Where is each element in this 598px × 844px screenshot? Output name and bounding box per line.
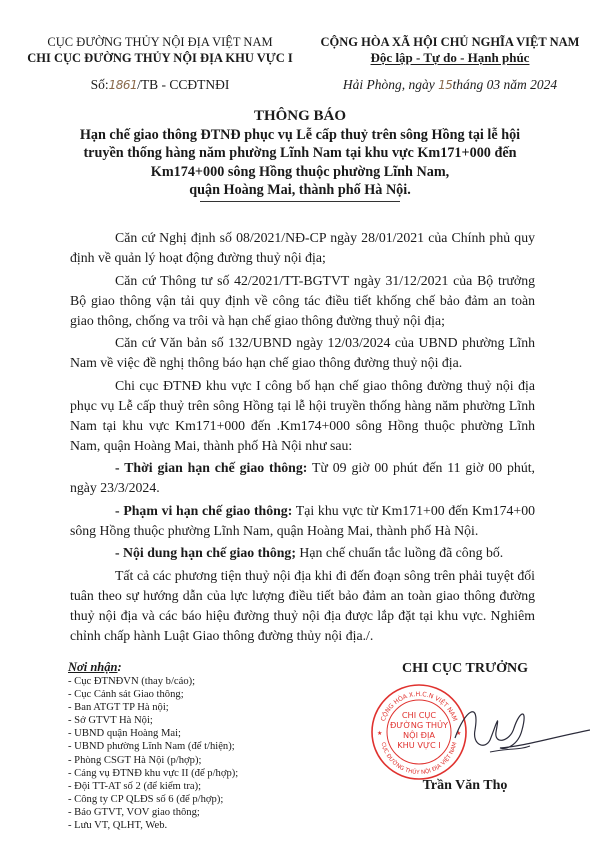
country-name: CỘNG HÒA XÃ HỘI CHỦ NGHĨA VIỆT NAM bbox=[305, 34, 595, 50]
handwritten-number: 1861 bbox=[109, 78, 138, 92]
place-prefix: Hải Phòng, ngày bbox=[343, 77, 435, 92]
document-number: Số:1861/TB - CCĐTNĐI bbox=[10, 76, 310, 94]
restriction-time: - Thời gian hạn chế giao thông: Từ 09 gi… bbox=[70, 458, 535, 498]
recipients-heading: Nơi nhận: bbox=[68, 660, 238, 675]
subject-line: Km174+000 sông Hồng thuộc phường Lĩnh Na… bbox=[40, 163, 560, 181]
recipient-item: - Ban ATGT TP Hà nội; bbox=[68, 701, 238, 714]
body-paragraph: Chi cục ĐTNĐ khu vực I công bố hạn chế g… bbox=[70, 376, 535, 456]
recipient-item: - Phòng CSGT Hà Nội (p/hợp); bbox=[68, 754, 238, 767]
notice-title: THÔNG BÁO Hạn chế giao thông ĐTNĐ phục v… bbox=[40, 107, 560, 202]
handwritten-day: 15 bbox=[438, 78, 452, 92]
issuing-agency-header: CỤC ĐƯỜNG THỦY NỘI ĐỊA VIỆT NAM CHI CỤC … bbox=[10, 34, 310, 94]
body-paragraph: Căn cứ Văn bản số 132/UBND ngày 12/03/20… bbox=[70, 333, 535, 373]
subject-line: Hạn chế giao thông ĐTNĐ phục vụ Lễ cấp t… bbox=[40, 126, 560, 144]
place-date: Hải Phòng, ngày 15tháng 03 năm 2024 bbox=[305, 76, 595, 94]
item-label: - Phạm vi hạn chế giao thông: bbox=[115, 503, 292, 518]
signature-block: CHI CỤC TRƯỞNG CỘNG HÒA X.H.C.N VIỆT NAM… bbox=[375, 660, 555, 678]
recipient-item: - Cục ĐTNĐVN (thay b/cáo); bbox=[68, 675, 238, 688]
signer-name: Trần Văn Thọ bbox=[375, 777, 555, 795]
parent-agency: CỤC ĐƯỜNG THỦY NỘI ĐỊA VIỆT NAM bbox=[10, 34, 310, 50]
notice-body: Căn cứ Nghị định số 08/2021/NĐ-CP ngày 2… bbox=[70, 228, 535, 648]
issuing-agency: CHI CỤC ĐƯỜNG THỦY NỘI ĐỊA KHU VỰC I bbox=[10, 50, 310, 66]
place-suffix: tháng 03 năm 2024 bbox=[452, 77, 557, 92]
recipient-item: - Cục Cảnh sát Giao thông; bbox=[68, 688, 238, 701]
recipient-item: - Báo GTVT, VOV giao thông; bbox=[68, 806, 238, 819]
recipients-heading-text: Nơi nhận bbox=[68, 660, 117, 674]
handwritten-signature-icon bbox=[430, 690, 590, 770]
signer-role: CHI CỤC TRƯỞNG bbox=[375, 660, 555, 678]
number-suffix: /TB - CCĐTNĐI bbox=[137, 77, 229, 92]
title-divider bbox=[200, 201, 400, 202]
national-motto: Độc lập - Tự do - Hạnh phúc bbox=[305, 50, 595, 66]
number-prefix: Số: bbox=[91, 77, 109, 92]
svg-text:★: ★ bbox=[377, 730, 382, 737]
item-label: - Nội dung hạn chế giao thông; bbox=[115, 545, 296, 560]
restriction-content: - Nội dung hạn chế giao thông; Hạn chế c… bbox=[70, 543, 535, 563]
recipient-item: - Sở GTVT Hà Nội; bbox=[68, 714, 238, 727]
body-paragraph: Căn cứ Thông tư số 42/2021/TT-BGTVT ngày… bbox=[70, 271, 535, 331]
item-text: Hạn chế chuẩn tắc luồng đã công bố. bbox=[296, 545, 503, 560]
notice-heading: THÔNG BÁO bbox=[40, 107, 560, 126]
issuing-agency-name: CHI CỤC ĐƯỜNG THỦY NỘI ĐỊA KHU VỰC I bbox=[27, 51, 293, 65]
recipient-item: - Cảng vụ ĐTNĐ khu vực II (để p/hợp); bbox=[68, 767, 238, 780]
recipient-item: - Công ty CP QLĐS số 6 (để p/hợp); bbox=[68, 793, 238, 806]
recipients-list: Nơi nhận: - Cục ĐTNĐVN (thay b/cáo);- Cụ… bbox=[68, 660, 238, 832]
national-header: CỘNG HÒA XÃ HỘI CHỦ NGHĨA VIỆT NAM Độc l… bbox=[305, 34, 595, 94]
body-paragraph: Căn cứ Nghị định số 08/2021/NĐ-CP ngày 2… bbox=[70, 228, 535, 268]
recipient-item: - Lưu VT, QLHT, Web. bbox=[68, 819, 238, 832]
restriction-scope: - Phạm vi hạn chế giao thông: Tại khu vự… bbox=[70, 501, 535, 541]
subject-line: quận Hoàng Mai, thành phố Hà Nội. bbox=[40, 181, 560, 199]
closing-paragraph: Tất cả các phương tiện thuỷ nội địa khi … bbox=[70, 566, 535, 646]
motto-text: Độc lập - Tự do - Hạnh phúc bbox=[371, 50, 530, 65]
recipient-item: - Đội TT-AT số 2 (để kiểm tra); bbox=[68, 780, 238, 793]
recipient-item: - UBND quận Hoàng Mai; bbox=[68, 727, 238, 740]
recipient-items: - Cục ĐTNĐVN (thay b/cáo);- Cục Cảnh sát… bbox=[68, 675, 238, 832]
recipient-item: - UBND phường Lĩnh Nam (để t/hiện); bbox=[68, 740, 238, 753]
subject-line: truyền thống hàng năm phường Lĩnh Nam tạ… bbox=[40, 144, 560, 162]
item-label: - Thời gian hạn chế giao thông: bbox=[115, 460, 307, 475]
